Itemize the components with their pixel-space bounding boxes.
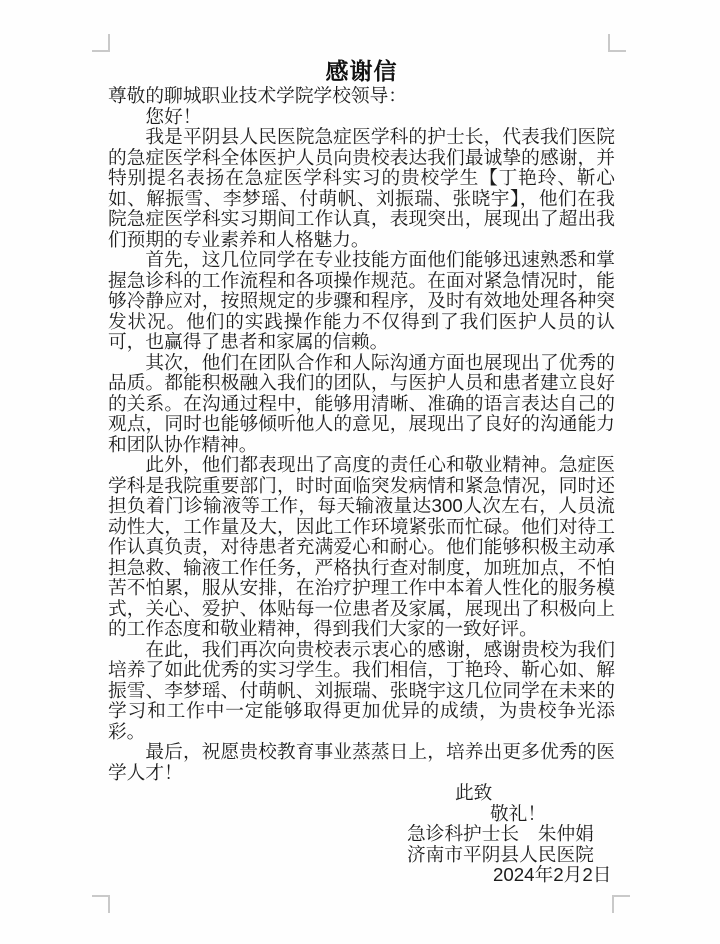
document-page: 感谢信 尊敬的聊城职业技术学院学校领导： 您好！ 我是平阴县人民医院急症医学科的… [0, 0, 720, 944]
body-paragraph-6: 最后，祝愿贵校教育事业蒸蒸日上，培养出更多优秀的医学人才！ [108, 742, 615, 783]
letter-title: 感谢信 [108, 53, 615, 86]
greeting: 您好！ [108, 107, 615, 128]
margin-crop-mark-bottom-right [612, 895, 630, 913]
closing-block: 此致 敬礼！ 急诊科护士长 朱仲娟 济南市平阴县人民医院 2024年2月2日 [108, 783, 615, 886]
body-paragraph-5: 在此，我们再次向贵校表示衷心的感谢，感谢贵校为我们培养了如此优秀的实习学生。我们… [108, 640, 615, 743]
body-paragraph-1: 我是平阴县人民医院急症医学科的护士长，代表我们医院的急症医学科全体医护人员向贵校… [108, 127, 615, 250]
closing-salute-line1: 此致 [455, 783, 615, 804]
letter-date: 2024年2月2日 [493, 865, 615, 886]
margin-crop-mark-top-left [92, 34, 110, 52]
margin-crop-mark-bottom-left [92, 895, 110, 913]
signer-title-and-name: 急诊科护士长 朱仲娟 [407, 824, 615, 845]
margin-crop-mark-top-right [608, 34, 626, 52]
body-paragraph-3: 其次，他们在团队合作和人际沟通方面也展现出了优秀的品质。都能积极融入我们的团队，… [108, 353, 615, 456]
body-paragraph-4: 此外，他们都表现出了高度的责任心和敬业精神。急症医学科是我院重要部门，时时面临突… [108, 455, 615, 640]
hospital-name: 济南市平阴县人民医院 [407, 845, 615, 866]
body-paragraph-2: 首先，这几位同学在专业技能方面他们能够迅速熟悉和掌握急诊科的工作流程和各项操作规… [108, 250, 615, 353]
salutation: 尊敬的聊城职业技术学院学校领导： [108, 86, 615, 107]
closing-salute-line2: 敬礼！ [490, 804, 615, 825]
letter-body: 尊敬的聊城职业技术学院学校领导： 您好！ 我是平阴县人民医院急症医学科的护士长，… [108, 86, 615, 886]
